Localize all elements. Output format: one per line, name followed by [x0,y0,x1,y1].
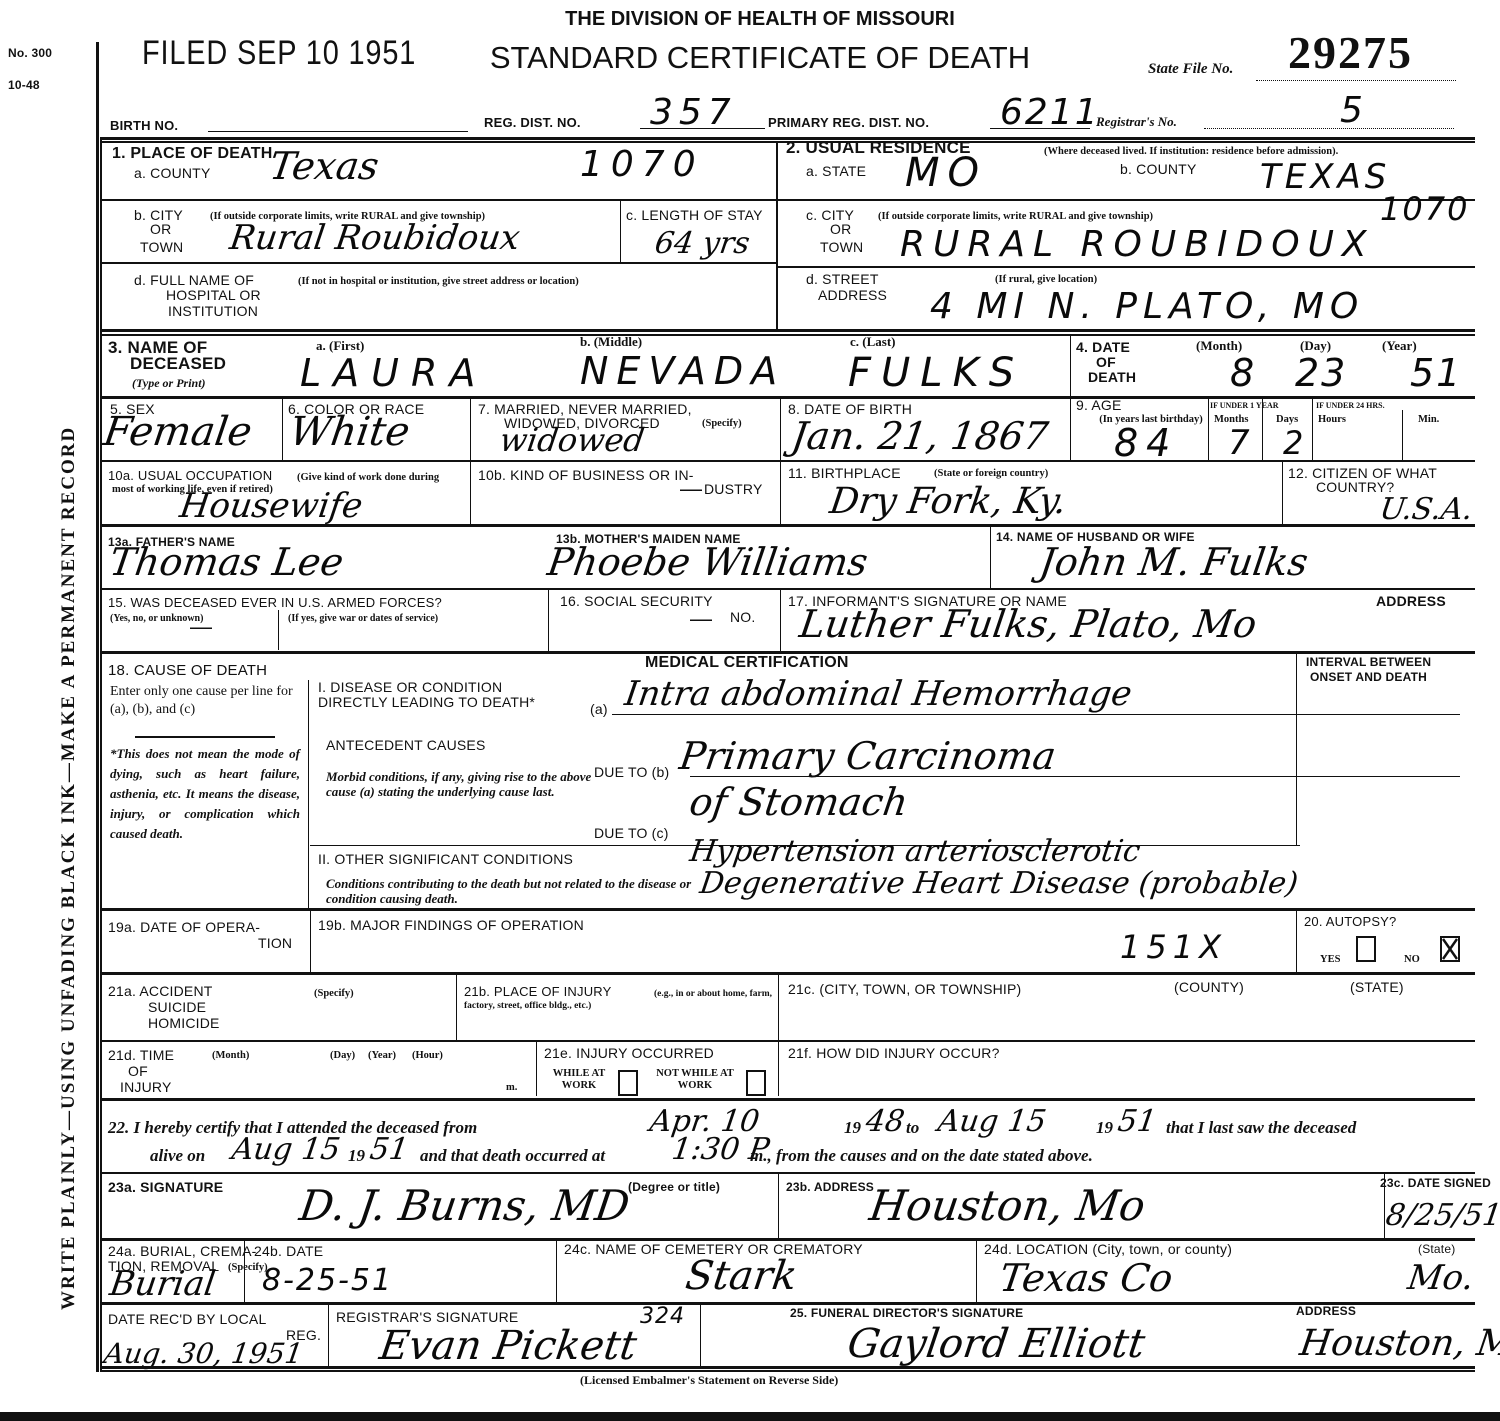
date-signed-value[interactable]: 8/25/51 [1384,1200,1500,1232]
middle-name-value[interactable]: NEVADA [580,354,785,388]
stay-label: c. LENGTH OF STAY [626,208,771,223]
death-month-value[interactable]: 8 [1230,356,1262,390]
form-number: No. 300 [8,46,52,61]
mother-name-value[interactable]: Phoebe Williams [546,546,870,578]
armed-forces-value[interactable]: — [190,614,212,640]
cause-a-value[interactable]: Intra abdominal Hemorrhage [623,678,1134,710]
primary-reg-dist-value[interactable]: 6211 [1000,96,1100,130]
registrar-signature[interactable]: Evan Pickett [378,1330,639,1362]
burial-date-value[interactable]: 8-25-51 [262,1264,393,1298]
death-city-value[interactable]: Rural Roubidoux [228,222,522,254]
not-while-at-work-checkbox[interactable] [746,1070,766,1096]
residence-county-code: 1070 [1380,192,1469,226]
place-of-death-title: 1. PLACE OF DEATH [112,146,272,161]
birthplace-value[interactable]: Dry Fork, Ky. [828,486,1069,518]
cemetery-value[interactable]: Stark [684,1260,799,1292]
cause-b2-value[interactable]: of Stomach [688,786,910,818]
residence-city-value[interactable]: RURAL ROUBIDOUX [900,228,1375,262]
cause-footnote: *This does not mean the mode of dying, s… [110,744,300,844]
agency-name: THE DIVISION OF HEALTH OF MISSOURI [480,8,1040,31]
burial-state-value[interactable]: Mo. [1406,1262,1476,1294]
age-years-value[interactable]: 84 [1114,426,1178,460]
informant-value[interactable]: Luther Fulks, Plato, Mo [798,608,1259,640]
occupation-value[interactable]: Housewife [178,490,365,522]
father-name-value[interactable]: Thomas Lee [108,546,346,578]
birth-no-field[interactable] [208,131,468,132]
attended-from-year[interactable]: 48 [864,1106,907,1138]
registrar-no-value[interactable]: 5 [1340,94,1371,128]
citizenship-value[interactable]: U.S.A. [1378,494,1475,526]
spouse-name-value[interactable]: John M. Fulks [1038,546,1310,578]
death-day-value[interactable]: 23 [1295,356,1347,390]
primary-reg-dist-label: PRIMARY REG. DIST. NO. [768,115,929,130]
document-title: STANDARD CERTIFICATE OF DEATH [470,40,1050,76]
last-seen-date[interactable]: Aug 15 [230,1134,342,1166]
state-file-number: 29275 [1288,26,1413,79]
operation-code: 151X [1120,930,1227,964]
first-name-value[interactable]: LAURA [300,356,487,390]
filed-stamp: FILED SEP 10 1951 [142,34,416,73]
registrar-number: 324 [640,1300,685,1334]
autopsy-no-checkbox[interactable] [1440,936,1460,962]
while-at-work-checkbox[interactable] [618,1070,638,1096]
marital-status-value[interactable]: widowed [498,424,647,456]
reg-dist-value[interactable]: 357 [650,96,737,130]
bottom-scan-edge [0,1412,1500,1421]
frame-left [96,42,99,1372]
stay-value[interactable]: 64 yrs [653,228,752,260]
last-seen-year[interactable]: 51 [368,1134,411,1166]
burial-location-value[interactable]: Texas Co [998,1262,1175,1294]
business-value[interactable]: — [680,476,702,502]
ssn-value[interactable]: — [690,606,712,632]
county-label: a. COUNTY [134,166,210,181]
last-name-value[interactable]: FULKS [848,356,1024,390]
disposition-value[interactable]: Burial [108,1268,218,1300]
cause-b-value[interactable]: Primary Carcinoma [678,740,1058,772]
residence-county-value[interactable]: TEXAS [1260,160,1390,194]
hospital-note: (If not in hospital or institution, give… [298,276,579,288]
reg-dist-label: REG. DIST. NO. [484,115,581,130]
race-value[interactable]: White [288,416,412,448]
birth-date-value[interactable]: Jan. 21, 1867 [790,420,1050,452]
registrar-no-label: Registrar's No. [1096,114,1177,129]
age-months-value[interactable]: 7 [1228,426,1258,460]
residence-state-value[interactable]: MO [905,156,987,190]
other-condition-1[interactable]: Hypertension arteriosclerotic [688,836,1142,868]
death-year-value[interactable]: 51 [1410,356,1462,390]
residence-street-value[interactable]: 4 MI N. PLATO, MO [930,290,1364,324]
physician-signature[interactable]: D. J. Burns, MD [298,1190,632,1222]
funeral-director-signature[interactable]: Gaylord Elliott [846,1328,1147,1360]
autopsy-yes-checkbox[interactable] [1356,936,1376,962]
form-revision: 10-48 [8,78,40,93]
medical-cert-heading: MEDICAL CERTIFICATION [645,655,849,670]
age-days-value[interactable]: 2 [1283,426,1311,460]
footer-note: (Licensed Embalmer's Statement on Revers… [580,1374,838,1386]
hospital-field[interactable] [300,295,770,325]
funeral-director-address[interactable]: Houston, Mo [1298,1328,1500,1360]
sex-value[interactable]: Female [102,416,254,448]
death-county-value[interactable]: Texas [268,150,381,182]
attended-to-date[interactable]: Aug 15 [936,1106,1048,1138]
other-condition-2[interactable]: Degenerative Heart Disease (probable) [698,868,1300,900]
frame-left-inner [100,138,102,1372]
attended-to-year[interactable]: 51 [1116,1106,1159,1138]
state-file-label: State File No. [1148,62,1233,77]
death-county-code: 1070 [580,148,704,182]
birth-no-label: BIRTH NO. [110,118,178,133]
checkmark-x-icon [1442,938,1458,960]
physician-address[interactable]: Houston, Mo [868,1190,1147,1222]
vertical-instruction: WRITE PLAINLY—USING UNFADING BLACK INK—M… [58,210,80,1310]
